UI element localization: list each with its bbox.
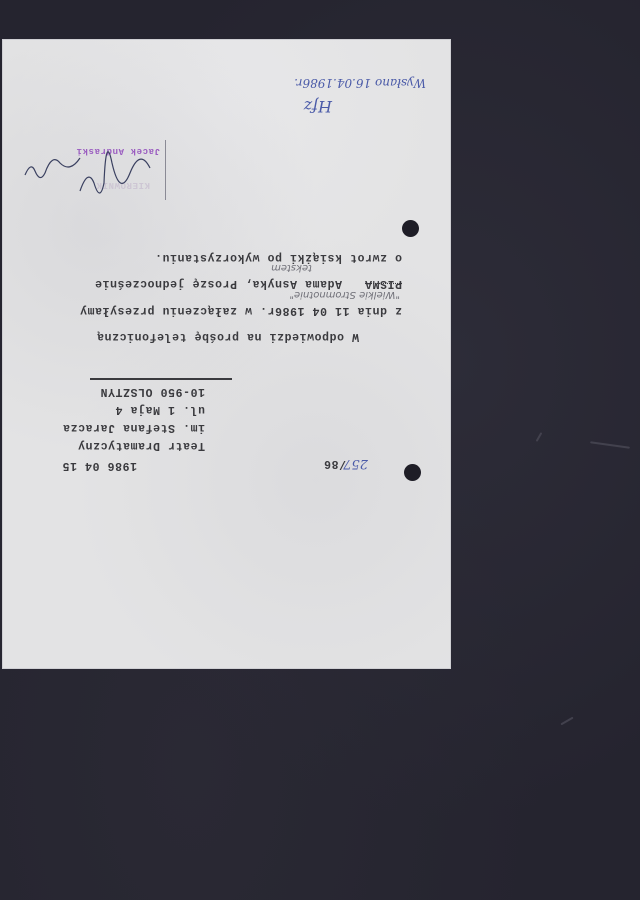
scanner-scratch [590,441,630,449]
letter-date: 1986 04 15 [62,459,137,472]
recipient-line-4: 10-950 OLSZTYN [100,385,205,398]
recipient-line-3: ul. 1 Maja 4 [115,403,205,416]
body-line-4: o zwrot książki po wykorzystaniu. [154,251,402,264]
signature [20,138,160,198]
recipient-line-2: im. Stefana Jaracza [62,421,205,434]
scanner-scratch [560,717,573,726]
scanned-letter-page: 257 /86 1986 04 15 Teatr Dramatyczny im.… [3,40,450,668]
recipient-line-1: Teatr Dramatyczny [77,439,205,452]
reference-number: /86 [323,457,346,470]
page-content-upside-down: 257 /86 1986 04 15 Teatr Dramatyczny im.… [3,40,450,668]
reference-handwritten: 257 [343,456,368,471]
sent-date-note: Wysłano 16.04.1986r. [294,76,426,90]
body-line-1: W odpowiedzi na prośbę telefoniczną [96,330,359,343]
body-line-2: z dnia 11 04 1986r. w załączeniu przesył… [79,304,402,317]
stamp-border [165,140,166,200]
handwritten-title-insert: "Wielkie Stromnotnie" [289,289,400,300]
scanner-scratch [536,432,543,442]
body-line-3-b: Adama Asnyka, Proszę jednocześnie [94,277,342,290]
body-line-3-a: PISMA [364,277,402,290]
address-underline [90,379,232,381]
handwritten-initials: Hfz [304,97,332,116]
